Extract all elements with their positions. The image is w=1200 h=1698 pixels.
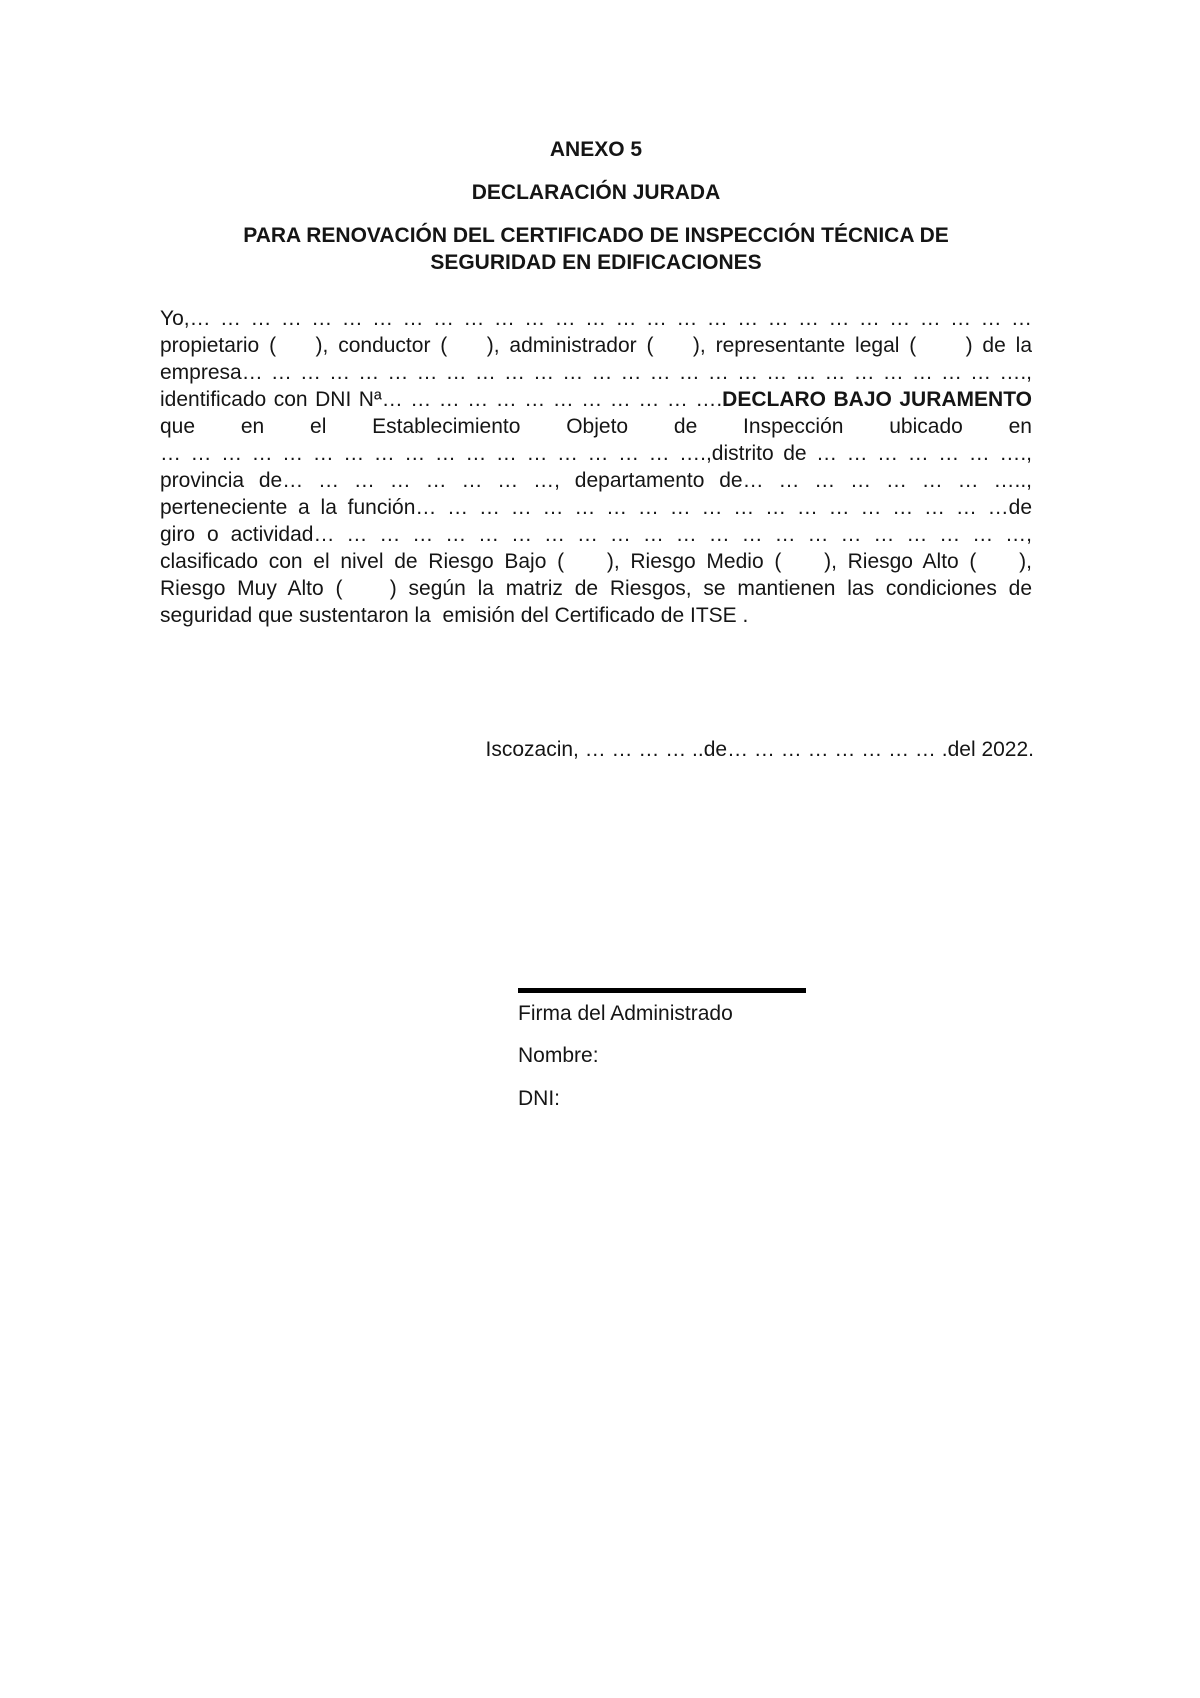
body-line-roles: propietario ( ), conductor ( ), administ… xyxy=(160,332,1032,359)
title-anexo: ANEXO 5 xyxy=(160,136,1032,163)
title-renovacion-line2: SEGURIDAD EN EDIFICACIONES xyxy=(160,249,1032,276)
declaro-bajo-juramento-text: DECLARO BAJO JURAMENTO xyxy=(722,388,1032,411)
body-line-dni: identificado con DNI Nª… … … … … … … … …… xyxy=(160,386,1032,413)
body-line-riesgo-muy-alto: Riesgo Muy Alto ( ) según la matriz de R… xyxy=(160,575,1032,602)
signature-block: Firma del Administrado Nombre: DNI: xyxy=(518,988,818,1112)
title-renovacion: PARA RENOVACIÓN DEL CERTIFICADO DE INSPE… xyxy=(160,222,1032,276)
body-line-yo: Yo,… … … … … … … … … … … … … … … … … … …… xyxy=(160,305,1032,332)
dni-field-text: identificado con DNI Nª… … … … … … … … …… xyxy=(160,388,722,411)
document-page: ANEXO 5 DECLARACIÓN JURADA PARA RENOVACI… xyxy=(0,0,1200,1698)
document-header: ANEXO 5 DECLARACIÓN JURADA PARA RENOVACI… xyxy=(160,136,1032,276)
body-line-seguridad: seguridad que sustentaron la emisión del… xyxy=(160,602,1032,629)
title-declaracion-jurada: DECLARACIÓN JURADA xyxy=(160,179,1032,206)
title-renovacion-line1: PARA RENOVACIÓN DEL CERTIFICADO DE INSPE… xyxy=(160,222,1032,249)
date-line: Iscozacin, … … … … ..de… … … … … … … … .… xyxy=(160,736,1034,763)
signature-line xyxy=(518,988,806,993)
body-line-provincia-departamento: provincia de… … … … … … … …, departament… xyxy=(160,467,1032,494)
body-line-distrito: … … … … … … … … … … … … … … … … … ….,dis… xyxy=(160,440,1032,467)
body-line-empresa: empresa… … … … … … … … … … … … … … … … …… xyxy=(160,359,1032,386)
body-line-funcion: perteneciente a la función… … … … … … … … xyxy=(160,494,1032,521)
signature-label: Firma del Administrado xyxy=(518,1000,818,1027)
body-line-establecimiento: que en el Establecimiento Objeto de Insp… xyxy=(160,413,1032,440)
body-line-riesgos: clasificado con el nivel de Riesgo Bajo … xyxy=(160,548,1032,575)
declaration-paragraph: Yo,… … … … … … … … … … … … … … … … … … …… xyxy=(160,305,1032,629)
body-line-giro-actividad: giro o actividad… … … … … … … … … … … … … xyxy=(160,521,1032,548)
signature-name-label: Nombre: xyxy=(518,1042,818,1069)
signature-dni-label: DNI: xyxy=(518,1085,818,1112)
